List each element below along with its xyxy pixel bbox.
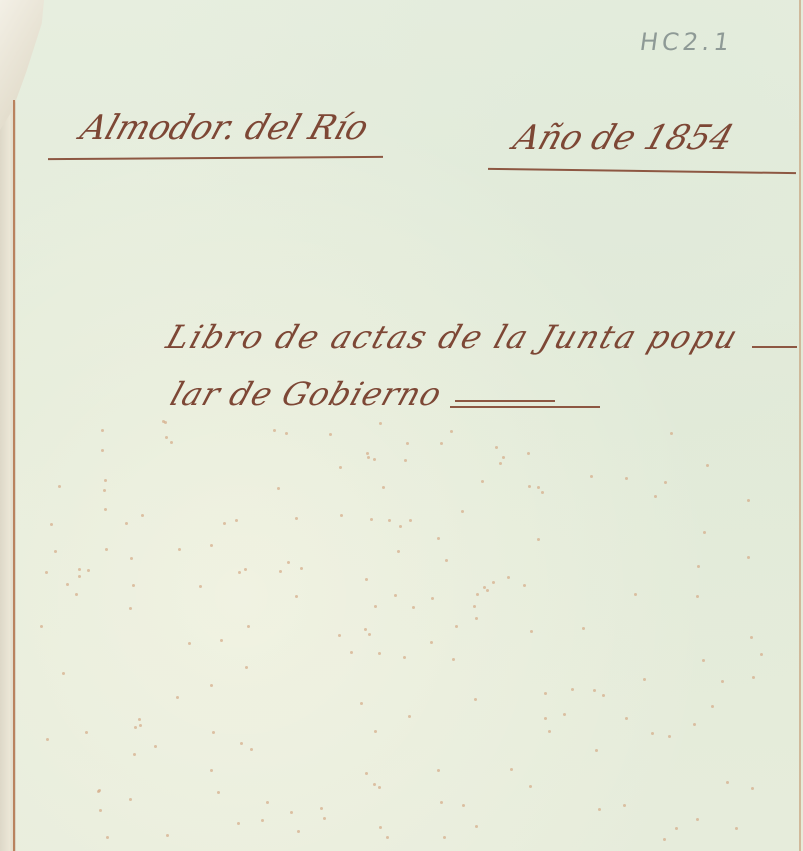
foxing-spot [382,486,385,489]
header-place-underline [48,156,383,160]
foxing-spot [129,798,132,801]
foxing-spot [266,801,269,804]
foxing-spot [364,628,367,631]
foxing-spot [165,436,168,439]
title-flourish-line [455,400,555,402]
foxing-spot [133,753,136,756]
foxing-spot [399,525,402,528]
foxing-spot [295,595,298,598]
foxing-spot [747,499,750,502]
foxing-spot [178,548,181,551]
foxing-spot [129,607,132,610]
foxing-spot [474,698,477,701]
foxing-spot [340,514,343,517]
foxing-spot [210,684,213,687]
foxing-spot [97,790,100,793]
foxing-spot [702,659,705,662]
torn-paper-flap [0,0,44,130]
foxing-spot [502,456,505,459]
foxing-spot [290,811,293,814]
foxing-spot [455,625,458,628]
foxing-spot [368,633,371,636]
foxing-spot [634,593,637,596]
foxing-spot [486,589,489,592]
foxing-spot [365,578,368,581]
foxing-spot [210,544,213,547]
foxing-spot [87,569,90,572]
foxing-spot [397,550,400,553]
foxing-spot [247,625,250,628]
foxing-spot [45,571,48,574]
foxing-spot [323,817,326,820]
foxing-spot [664,481,667,484]
foxing-spot [507,576,510,579]
foxing-spot [462,804,465,807]
foxing-spot [134,726,137,729]
foxing-spot [711,705,714,708]
foxing-spot [670,432,673,435]
foxing-spot [481,480,484,483]
foxing-spot [279,570,282,573]
foxing-spot [350,651,353,654]
foxing-spot [104,479,107,482]
header-year: Año de 1854 [509,118,739,158]
foxing-spot [593,689,596,692]
foxing-spot [571,688,574,691]
foxing-spot [595,749,598,752]
title-line-1: Libro de actas de la Junta popu [162,318,744,356]
foxing-spot [78,575,81,578]
foxing-spot [495,446,498,449]
foxing-spot [735,827,738,830]
foxing-spot [277,487,280,490]
foxing-spot [476,593,479,596]
foxing-spot [212,731,215,734]
foxing-spot [103,489,106,492]
foxing-spot [320,807,323,810]
foxing-spot [544,692,547,695]
foxing-spot [273,429,276,432]
foxing-spot [747,556,750,559]
foxing-spot [461,510,464,513]
foxing-spot [58,485,61,488]
header-year-underline [488,168,796,174]
foxing-spot [409,519,412,522]
foxing-spot [406,442,409,445]
foxing-spot [750,636,753,639]
foxing-spot [703,531,706,534]
foxing-spot [625,477,628,480]
foxing-spot [388,519,391,522]
foxing-spot [528,485,531,488]
foxing-spot [582,627,585,630]
foxing-spot [166,834,169,837]
foxing-spot [138,718,141,721]
foxing-spot [54,550,57,553]
foxing-spot [386,836,389,839]
foxing-spot [101,429,104,432]
foxing-spot [394,594,397,597]
foxing-spot [373,783,376,786]
foxing-spot [366,452,369,455]
foxing-spot [223,522,226,525]
foxing-spot [408,715,411,718]
foxing-spot [75,593,78,596]
archive-mark: HC2.1 [638,28,735,56]
foxing-spot [40,625,43,628]
foxing-spot [598,808,601,811]
foxing-spot [379,422,382,425]
foxing-spot [99,809,102,812]
foxing-spot [238,571,241,574]
foxing-spot [245,666,248,669]
foxing-spot [374,730,377,733]
foxing-spot [199,585,202,588]
foxing-spot [404,459,407,462]
foxing-spot [285,432,288,435]
foxing-spot [450,430,453,433]
foxing-spot [295,517,298,520]
foxing-spot [590,475,593,478]
foxing-spot [339,466,342,469]
foxing-spot [440,442,443,445]
title-line-2: lar de Gobierno [166,375,447,413]
foxing-spot [431,597,434,600]
foxing-spot [240,742,243,745]
foxing-spot [492,581,495,584]
foxing-spot [130,557,133,560]
foxing-spot [475,617,478,620]
foxing-spot [675,827,678,830]
foxing-spot [220,639,223,642]
page-right-edge [799,0,801,851]
foxing-spot [668,735,671,738]
foxing-spot [62,672,65,675]
foxing-spot [544,717,547,720]
foxing-spot [475,825,478,828]
foxing-spot [548,730,551,733]
foxing-spot [751,787,754,790]
foxing-spot [50,523,53,526]
foxing-spot [623,804,626,807]
title-hyphen-stroke [752,346,797,348]
foxing-spot [217,791,220,794]
foxing-spot [696,818,699,821]
foxing-spot [105,548,108,551]
foxing-spot [46,738,49,741]
foxing-spot [101,449,104,452]
foxing-spot [697,565,700,568]
foxing-spot [244,568,247,571]
foxing-spot [473,605,476,608]
foxing-spot [210,769,213,772]
header-place: Almodor. del Río [76,108,374,148]
foxing-spot [300,567,303,570]
foxing-spot [373,458,376,461]
foxing-spot [125,522,128,525]
foxing-spot [529,785,532,788]
foxing-spot [537,538,540,541]
foxing-spot [530,630,533,633]
title-flourish-line [450,406,600,408]
foxing-spot [726,781,729,784]
foxing-spot [139,724,142,727]
binding-stitch-line [13,100,15,851]
foxing-spot [154,745,157,748]
foxing-spot [235,519,238,522]
foxing-spot [338,634,341,637]
foxing-spot [643,678,646,681]
foxing-spot [360,702,363,705]
foxing-spot [452,658,455,661]
foxing-spot [188,642,191,645]
foxing-spot [85,731,88,734]
foxing-spot [541,491,544,494]
foxing-spot [537,486,540,489]
foxing-spot [374,605,377,608]
foxing-spot [527,452,530,455]
foxing-spot [440,801,443,804]
foxing-spot [378,786,381,789]
foxing-spot [706,464,709,467]
foxing-spot [367,456,370,459]
foxing-spot [370,518,373,521]
foxing-spot [250,748,253,751]
foxing-spot [176,696,179,699]
foxing-spot [760,653,763,656]
foxing-spot [403,656,406,659]
foxing-spot [104,508,107,511]
foxing-spot [437,537,440,540]
foxing-spot [499,462,502,465]
foxing-spot [132,584,135,587]
foxing-spot [297,830,300,833]
foxing-spot [693,723,696,726]
foxing-spot [379,826,382,829]
foxing-spot [287,561,290,564]
foxing-spot [164,421,167,424]
foxing-spot [378,652,381,655]
foxing-spot [510,768,513,771]
manuscript-page: HC2.1 Almodor. del Río Año de 1854 Libro… [0,0,803,851]
foxing-spot [106,836,109,839]
foxing-spot [66,583,69,586]
foxing-spot [261,819,264,822]
foxing-spot [696,595,699,598]
foxing-spot [141,514,144,517]
foxing-spot [721,680,724,683]
foxing-spot [625,717,628,720]
foxing-spot [663,838,666,841]
foxing-spot [602,694,605,697]
foxing-spot [437,769,440,772]
foxing-spot [430,641,433,644]
foxing-spot [237,822,240,825]
foxing-spot [412,606,415,609]
foxing-spot [752,676,755,679]
foxing-spot [523,584,526,587]
foxing-spot [443,836,446,839]
foxing-spot [78,568,81,571]
foxing-spot [329,433,332,436]
foxing-spot [563,713,566,716]
foxing-spot [654,495,657,498]
foxing-spot [651,732,654,735]
foxing-spot [445,559,448,562]
foxing-spot [365,772,368,775]
foxing-spot [170,441,173,444]
